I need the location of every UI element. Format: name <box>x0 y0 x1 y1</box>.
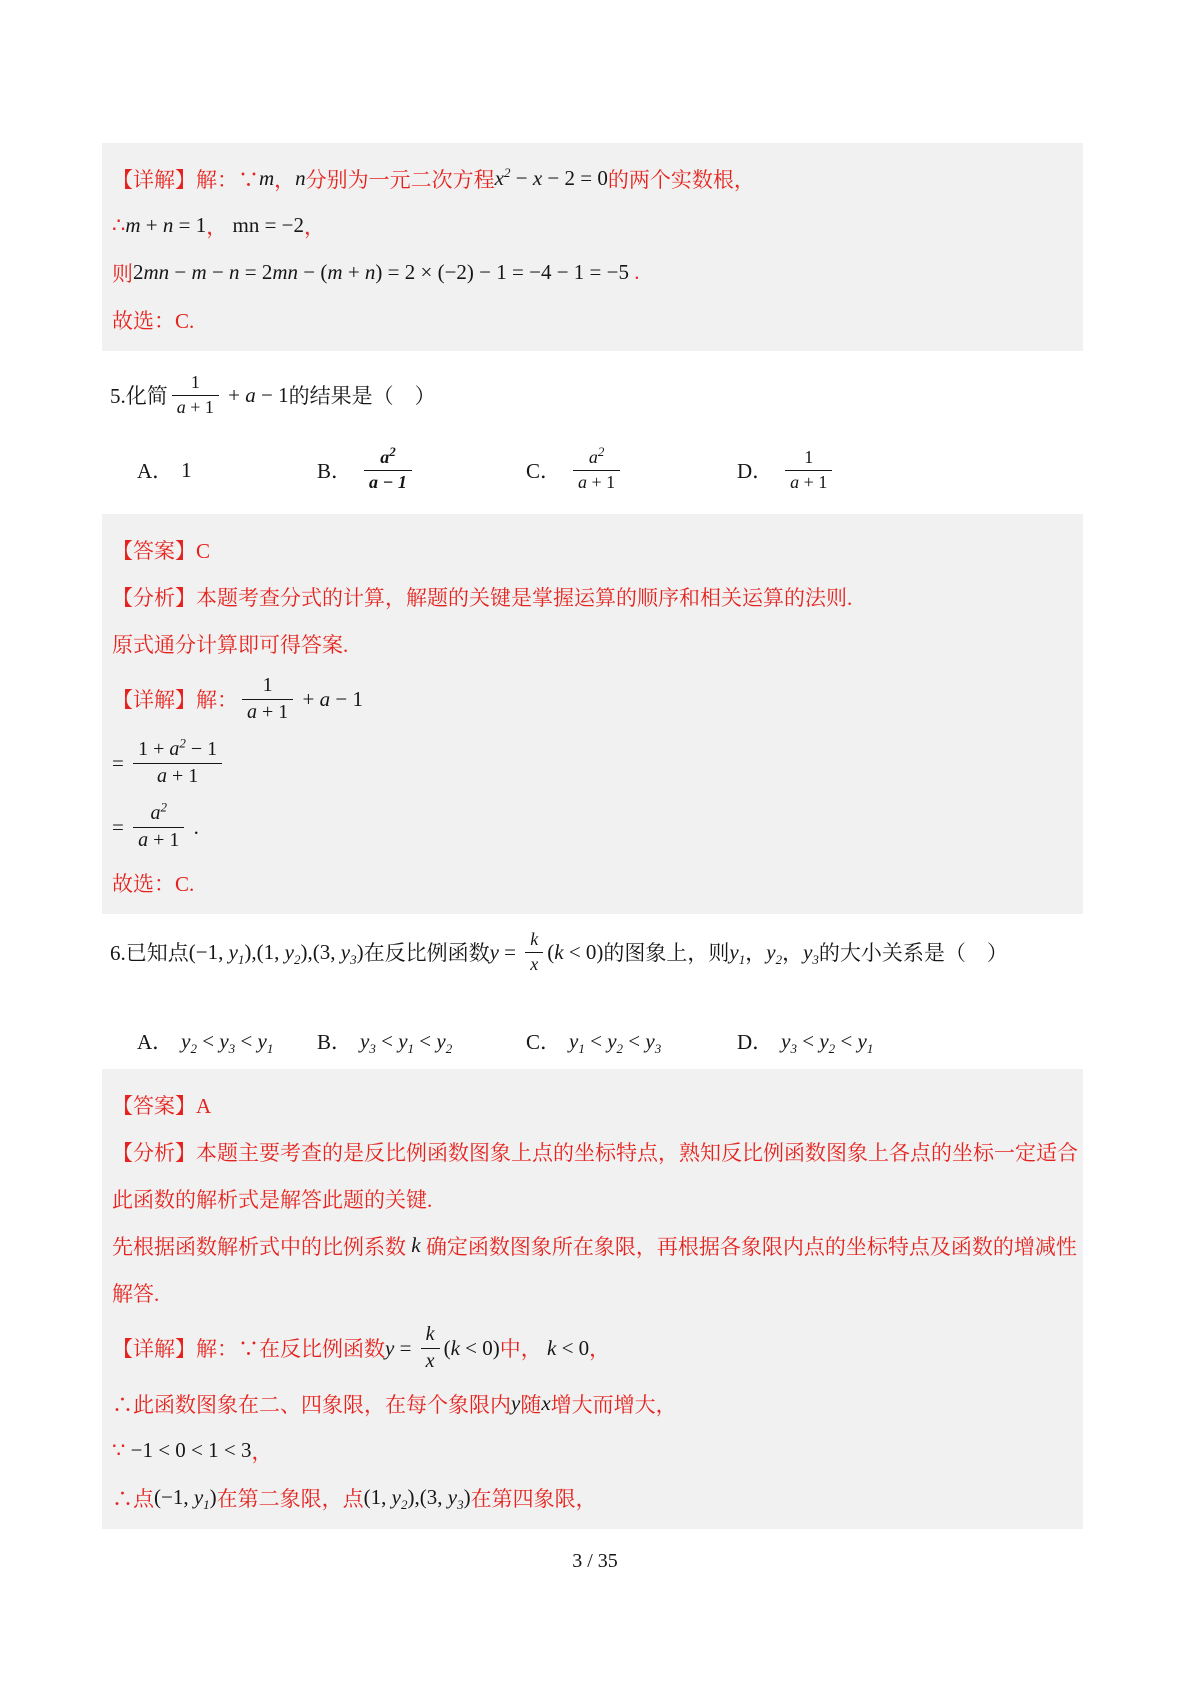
option-label: B． <box>317 1026 352 1056</box>
text-line: 故选：C. <box>112 859 1071 906</box>
text-line: 【详解】解：1a + 1 + a − 1 <box>112 667 1071 731</box>
option-A: A．1 <box>137 431 192 509</box>
text-line: 则2mn − m − n = 2mn − (m + n) = 2 × (−2) … <box>112 249 1071 296</box>
page-number: 3 / 35 <box>0 1550 1190 1573</box>
option-label: C． <box>526 455 561 485</box>
option-A: A．y2 < y3 < y1 <box>137 1021 273 1061</box>
fraction: 1 + a2 − 1a + 1 <box>133 738 222 788</box>
text-line: 解答. <box>112 1269 1071 1316</box>
document-page: 【详解】解：∵m，n分别为一元二次方程x2 − x − 2 = 0的两个实数根，… <box>0 0 1190 1683</box>
question-6-options: A．y2 < y3 < y1B．y3 < y1 < y2C．y1 < y2 < … <box>102 1021 1083 1061</box>
text-line: 先根据函数解析式中的比例系数 k 确定函数图象所在象限，再根据各象限内点的坐标特… <box>112 1222 1071 1269</box>
fraction: kx <box>525 929 543 974</box>
option-D: D．y3 < y2 < y1 <box>737 1021 873 1061</box>
option-label: D． <box>737 455 773 485</box>
text-line: 原式通分计算即可得答案. <box>112 620 1071 667</box>
text-line: = a2a + 1 . <box>112 795 1071 859</box>
text-line: = 1 + a2 − 1a + 1 <box>112 731 1071 795</box>
text-line: 【分析】本题主要考查的是反比例函数图象上点的坐标特点，熟知反比例函数图象上各点的… <box>112 1128 1071 1175</box>
text-line: 5.化简1a + 1 + a − 1的结果是（ ） <box>110 359 1083 431</box>
question4-explanation-block: 【详解】解：∵m，n分别为一元二次方程x2 − x − 2 = 0的两个实数根，… <box>102 143 1083 351</box>
option-D: D．1a + 1 <box>737 431 836 509</box>
option-label: B． <box>317 455 352 485</box>
fraction: a2a + 1 <box>133 802 184 852</box>
fraction: kx <box>421 1323 440 1373</box>
fraction: 1a + 1 <box>785 447 832 492</box>
option-label: C． <box>526 1026 561 1056</box>
fraction: 1a + 1 <box>242 674 293 724</box>
text-line: ∵ −1 < 0 < 1 < 3， <box>112 1427 1071 1474</box>
option-C: C．a2a + 1 <box>526 431 624 509</box>
text-line: 6.已知点(−1, y1),(1, y2),(3, y3)在反比例函数y = k… <box>110 916 1083 988</box>
text-line: 【答案】A <box>112 1081 1071 1128</box>
question-5-options: A．1B．a2a − 1C．a2a + 1D．1a + 1 <box>102 431 1083 509</box>
text-line: 故选：C. <box>112 296 1071 343</box>
option-B: B．a2a − 1 <box>317 431 416 509</box>
text-line: 【分析】本题考查分式的计算，解题的关键是掌握运算的顺序和相关运算的法则. <box>112 573 1071 620</box>
option-label: D． <box>737 1026 773 1056</box>
question6-explanation-block: 【答案】A【分析】本题主要考查的是反比例函数图象上点的坐标特点，熟知反比例函数图… <box>102 1069 1083 1529</box>
option-B: B．y3 < y1 < y2 <box>317 1021 452 1061</box>
question-5: 5.化简1a + 1 + a − 1的结果是（ ） <box>102 359 1083 431</box>
option-C: C．y1 < y2 < y3 <box>526 1021 661 1061</box>
text-line: ∴m + n = 1， mn = −2， <box>112 202 1071 249</box>
text-line: 【详解】解：∵m，n分别为一元二次方程x2 − x − 2 = 0的两个实数根， <box>112 155 1071 202</box>
text-line: ∴此函数图象在二、四象限，在每个象限内y随x增大而增大， <box>112 1380 1071 1427</box>
fraction: a2a + 1 <box>573 447 620 492</box>
question5-explanation-block: 【答案】C【分析】本题考查分式的计算，解题的关键是掌握运算的顺序和相关运算的法则… <box>102 514 1083 914</box>
fraction: a2a − 1 <box>364 447 412 492</box>
document-content: 【详解】解：∵m，n分别为一元二次方程x2 − x − 2 = 0的两个实数根，… <box>102 143 1083 1529</box>
fraction: 1a + 1 <box>172 372 219 417</box>
option-label: A． <box>137 1026 173 1056</box>
text-line: 【详解】解：∵在反比例函数y = kx(k < 0)中， k < 0， <box>112 1316 1071 1380</box>
text-line: ∴点(−1, y1)在第二象限，点(1, y2),(3, y3)在第四象限， <box>112 1474 1071 1521</box>
question-6: 6.已知点(−1, y1),(1, y2),(3, y3)在反比例函数y = k… <box>102 916 1083 988</box>
text-line: 【答案】C <box>112 526 1071 573</box>
option-label: A． <box>137 455 173 485</box>
text-line: 此函数的解析式是解答此题的关键. <box>112 1175 1071 1222</box>
